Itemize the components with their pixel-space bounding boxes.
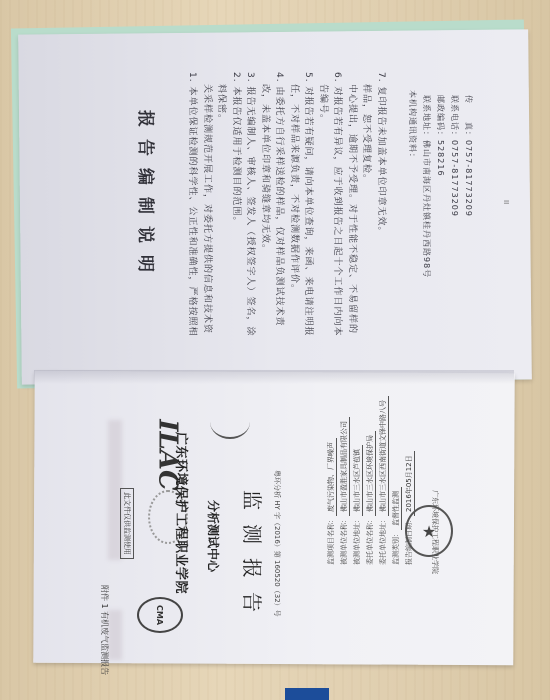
note-line: 关采样检测规范开展工作，对委托方提供的信息和技术资: [202, 84, 215, 334]
center-name: 分析测试中心: [205, 500, 222, 572]
note-line: 任，不对样品来源负责，不对检测数据作评价。: [289, 84, 302, 294]
contact-postcode: 邮政编码：528216: [435, 95, 446, 177]
star-icon: ★: [422, 522, 436, 541]
note-line: 6. 对报告若有异议，应于收到报告之日起十个工作日内向本: [332, 72, 345, 336]
attachment-label: 附件 1 有机废气监测报告: [99, 585, 110, 675]
official-seal: ★: [405, 505, 453, 557]
note-line: 4. 由委托方自行采样送检的样品，仅对样品负测试技术责: [274, 72, 287, 326]
seal-arc: [210, 405, 250, 439]
blue-object: [285, 688, 329, 700]
note-line: 样品，恕不受理复检。: [361, 84, 374, 184]
note-line: 7. 复印报告未加盖本单位印章无效。: [376, 72, 389, 236]
institution-name: 广东环境保护工程职业学院: [173, 432, 192, 594]
note-line: 5. 对报告若有疑问，请向本单位查询，来函、来电请注明报: [303, 72, 316, 336]
page-fold-shadow: [34, 370, 514, 384]
note-line: 2. 本报告仅适用于检测目的范围。: [231, 72, 244, 226]
page-number: II: [502, 200, 510, 204]
notes-title: 报告编制说明: [135, 110, 160, 284]
field-value: 2016年05月12日: [404, 451, 415, 516]
report-title: 监测报告: [239, 490, 268, 626]
note-line: 料保密。: [216, 84, 229, 124]
cma-logo: CMA: [137, 597, 183, 633]
note-line: 3. 报告无编制人、审核人、签发人（授权签字人）签名，涂: [245, 72, 258, 336]
note-line: 1. 本单位保证检测的科学性、公正性和准确性，严格按照相: [187, 72, 200, 336]
note-line: 中心提出，逾期不予受理。对于性能不稳定、不易留样的: [347, 84, 360, 334]
contact-address: 联系地址：佛山市南海区丹灶镇桂丹西路98号: [421, 95, 432, 278]
redacted-area: [108, 610, 122, 660]
report-number: 粤环分析 HY 字（2016）第 160520（32）号: [272, 470, 282, 617]
contact-phone: 联系电话：0757-81773209: [449, 95, 460, 217]
usage-badge: 此文件仅供监测使用: [120, 488, 134, 559]
note-line: 告编号。: [318, 84, 331, 124]
contact-heading: 本机构通讯资料：: [407, 90, 418, 162]
note-line: 改，未盖本单位印章和骑缝章均无效。: [260, 84, 273, 254]
contact-fax: 传 真：0757-81773209: [463, 95, 474, 217]
